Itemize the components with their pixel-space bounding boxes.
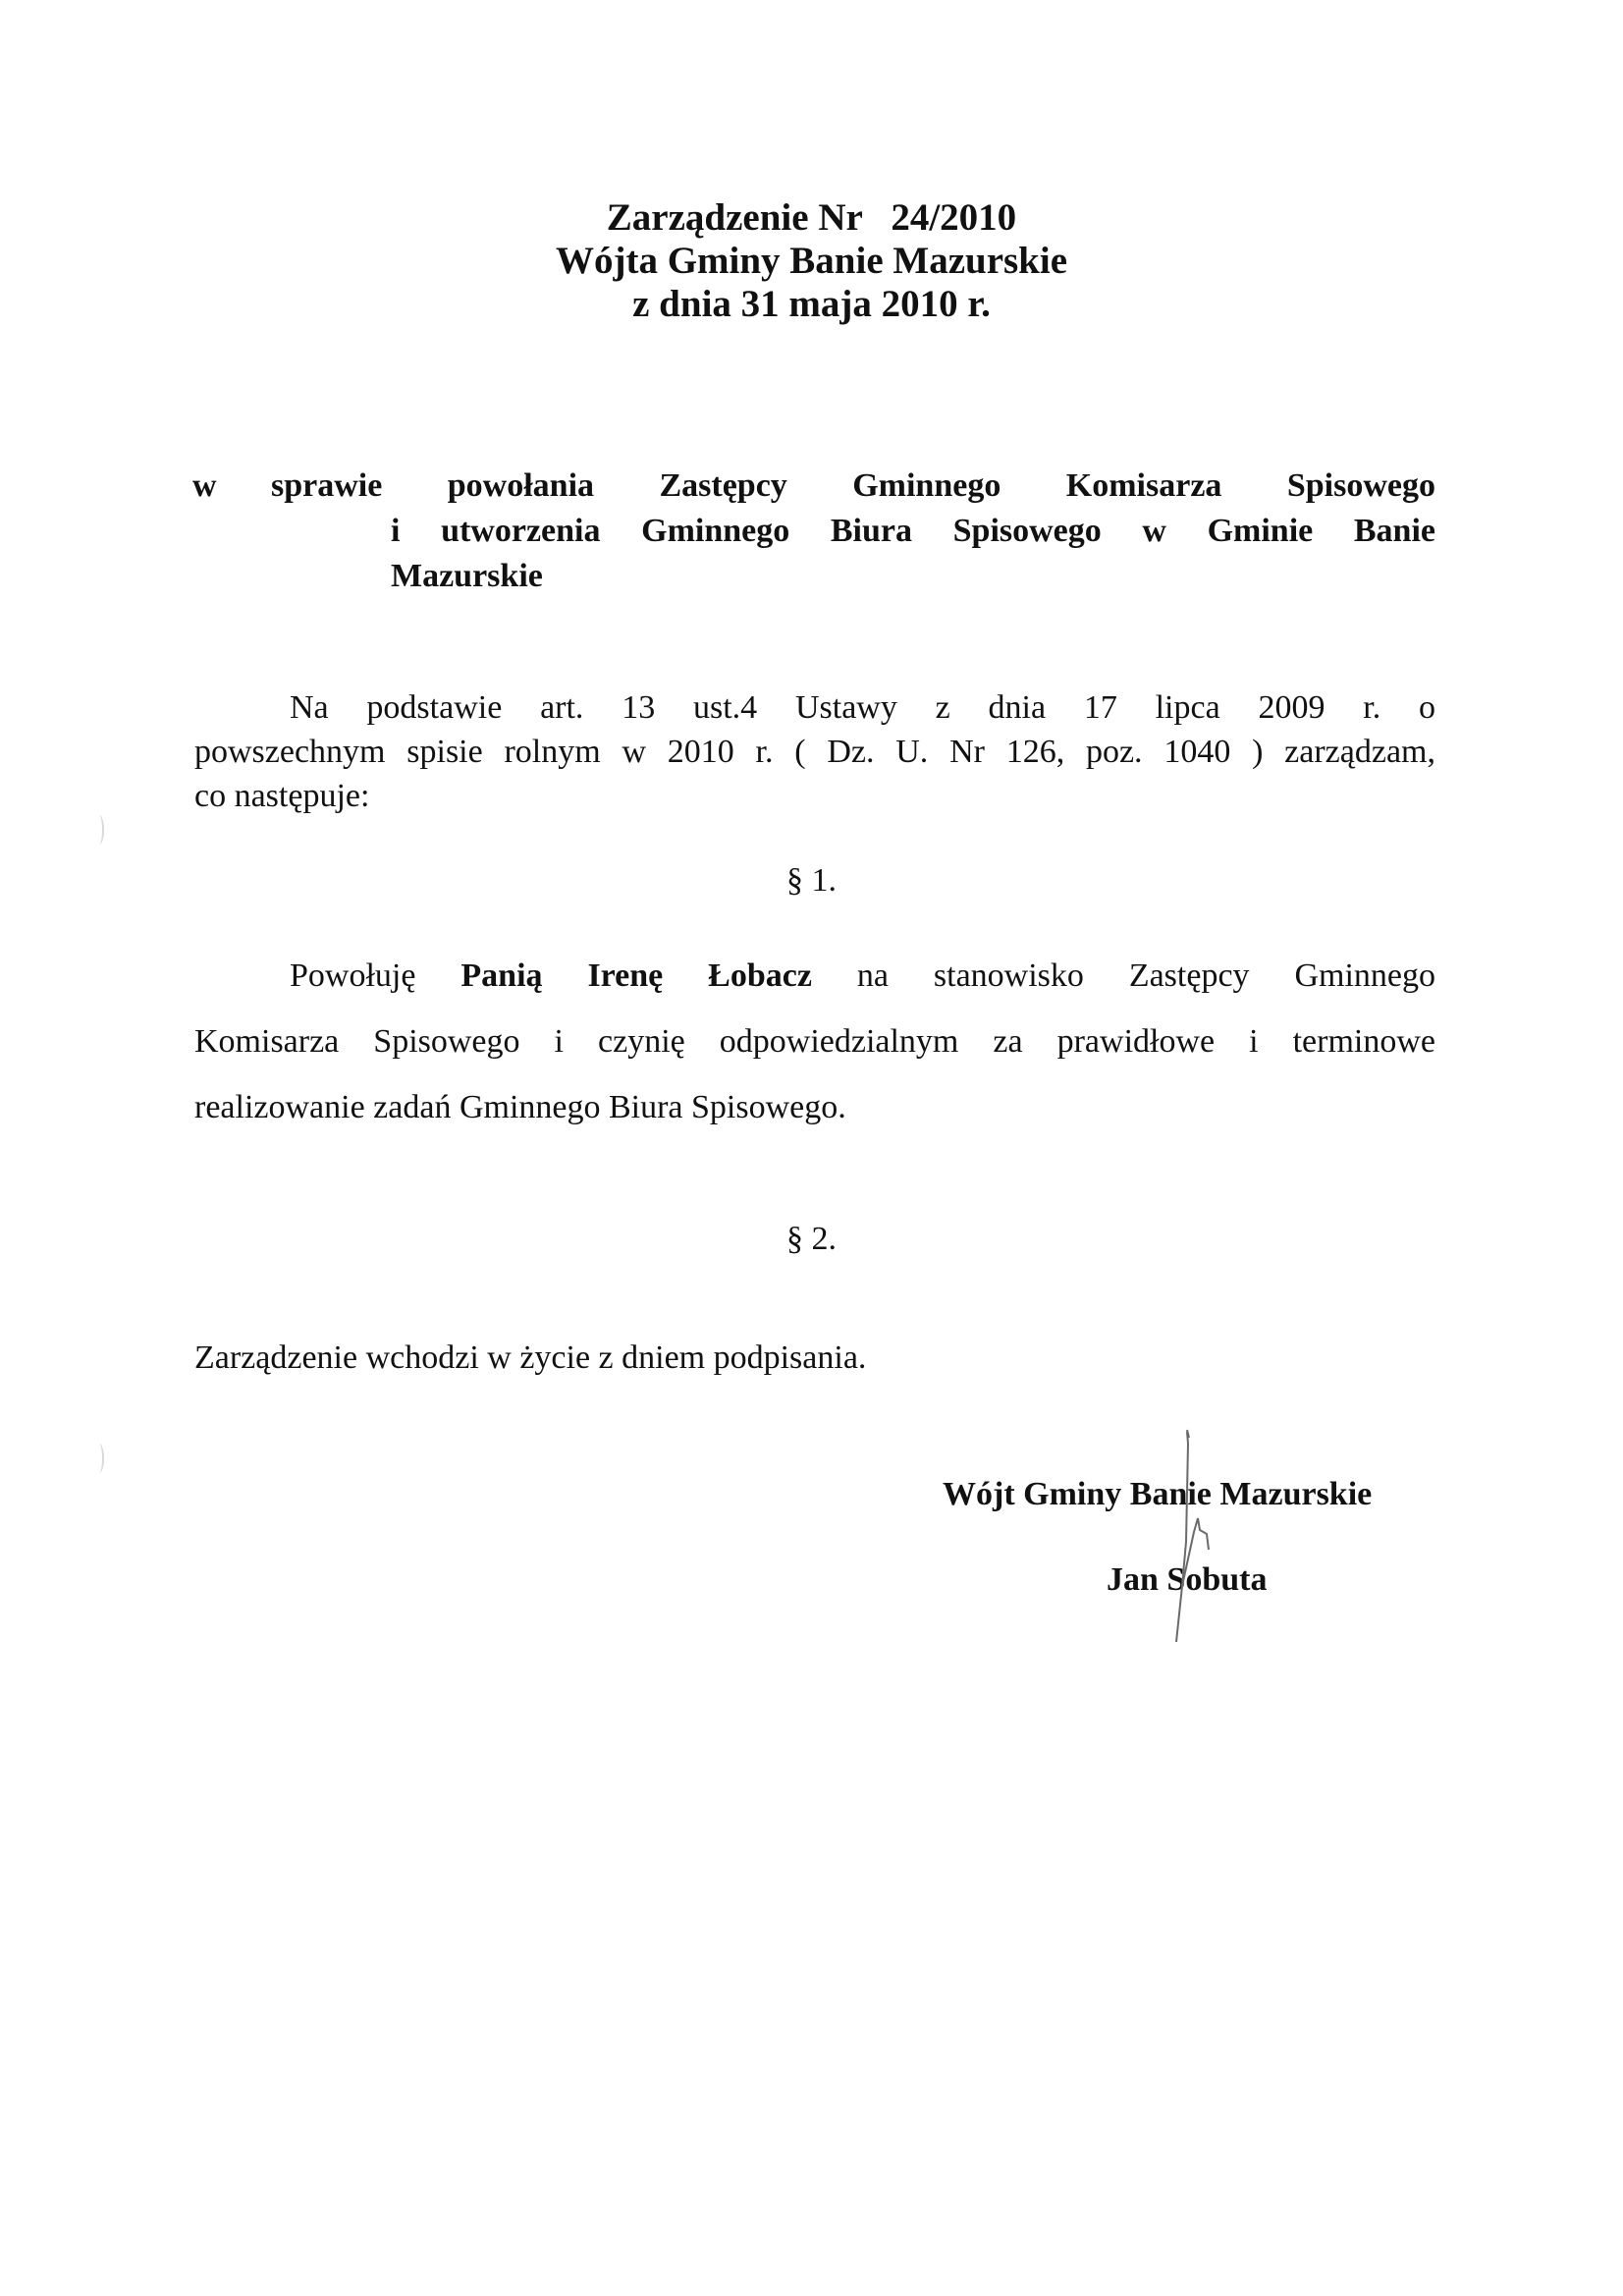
subject-line-3: Mazurskie bbox=[192, 554, 1435, 599]
section-1-paragraph: Powołuję Panią Irenę Łobacz na stanowisk… bbox=[194, 943, 1435, 1140]
position-text: na stanowisko Zastępcy Gminnego bbox=[857, 957, 1435, 994]
subject-lead: w bbox=[192, 464, 251, 509]
title-line-ordinance-number: Zarządzenie Nr 24/2010 bbox=[0, 196, 1623, 240]
subject-first-line: w sprawie powołania Zastępcy Gminnego Ko… bbox=[192, 464, 1435, 509]
appoint-verb: Powołuję bbox=[290, 957, 415, 994]
legal-basis-paragraph: Na podstawie art. 13 ust.4 Ustawy z dnia… bbox=[194, 685, 1435, 818]
section-1-line-1: Powołuję Panią Irenę Łobacz na stanowisk… bbox=[194, 943, 1435, 1009]
appointee-name: Panią Irenę Łobacz bbox=[460, 957, 812, 994]
subject-line-1: sprawie powołania Zastępcy Gminnego Komi… bbox=[251, 464, 1435, 509]
legal-basis-line-2: powszechnym spisie rolnym w 2010 r. ( Dz… bbox=[194, 730, 1435, 774]
section-1-mark: § 1. bbox=[0, 862, 1623, 900]
document-subject: w sprawie powołania Zastępcy Gminnego Ko… bbox=[192, 464, 1435, 599]
scan-artifact-mark bbox=[94, 815, 104, 845]
scan-artifact-mark bbox=[94, 1444, 104, 1473]
title-line-date: z dnia 31 maja 2010 r. bbox=[0, 283, 1623, 326]
document-page: Zarządzenie Nr 24/2010 Wójta Gminy Banie… bbox=[0, 0, 1623, 2296]
legal-basis-line-3: co następuje: bbox=[194, 774, 1435, 818]
section-1-line-2: Komisarza Spisowego i czynię odpowiedzia… bbox=[194, 1009, 1435, 1074]
subject-line-2: i utworzenia Gminnego Biura Spisowego w … bbox=[192, 509, 1435, 554]
section-1-line-3: realizowanie zadań Gminnego Biura Spisow… bbox=[194, 1074, 1435, 1140]
document-title: Zarządzenie Nr 24/2010 Wójta Gminy Banie… bbox=[0, 196, 1623, 326]
title-line-issuer: Wójta Gminy Banie Mazurskie bbox=[0, 240, 1623, 283]
legal-basis-line-1: Na podstawie art. 13 ust.4 Ustawy z dnia… bbox=[194, 685, 1435, 730]
section-2-mark: § 2. bbox=[0, 1221, 1623, 1258]
section-2-text: Zarządzenie wchodzi w życie z dniem podp… bbox=[194, 1339, 866, 1377]
handwritten-signature bbox=[1129, 1424, 1247, 1660]
